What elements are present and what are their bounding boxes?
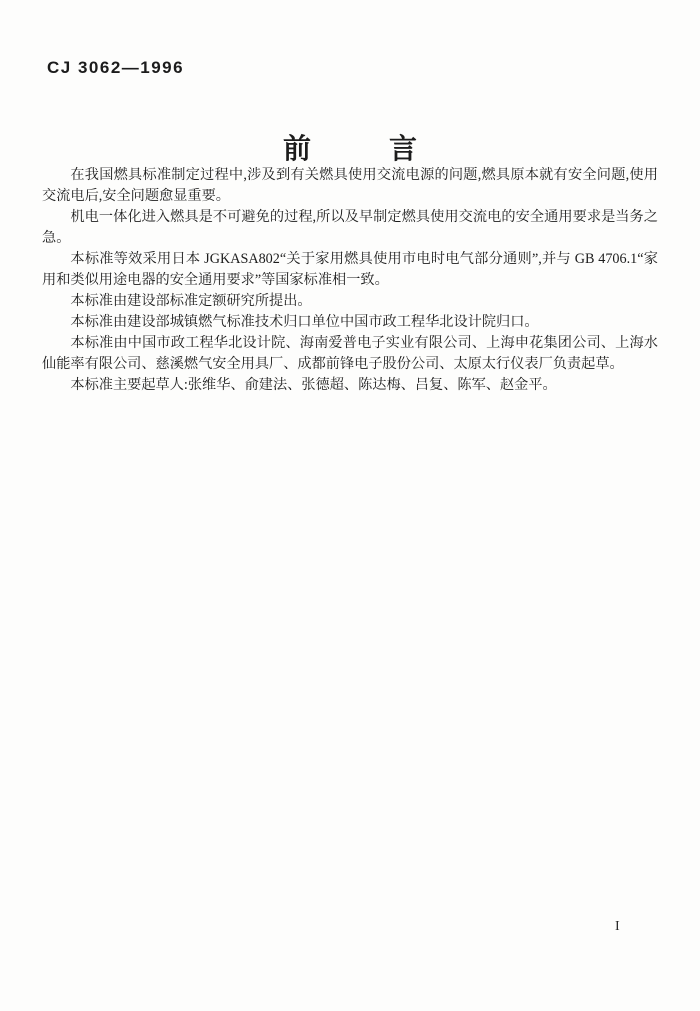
page-title: 前言 (0, 127, 700, 167)
standard-number: CJ 3062—1996 (47, 58, 184, 78)
scanned-document-page: CJ 3062—1996 前言 在我国燃具标准制定过程中,涉及到有关燃具使用交流… (0, 0, 700, 1011)
foreword-paragraph: 机电一体化进入燃具是不可避免的过程,所以及早制定燃具使用交流电的安全通用要求是当… (42, 207, 658, 249)
foreword-paragraph: 本标准由建设部标准定额研究所提出。 (42, 291, 658, 312)
page-number: I (615, 919, 620, 935)
foreword-paragraph: 本标准由建设部城镇燃气标准技术归口单位中国市政工程华北设计院归口。 (42, 312, 658, 333)
foreword-paragraph: 本标准主要起草人:张维华、俞建法、张德超、陈达梅、吕复、陈军、赵金平。 (42, 375, 658, 396)
foreword-body: 在我国燃具标准制定过程中,涉及到有关燃具使用交流电源的问题,燃具原本就有安全问题… (42, 165, 658, 396)
foreword-paragraph: 本标准等效采用日本 JGKASA802“关于家用燃具使用市电时电气部分通则”,并… (42, 249, 658, 291)
foreword-paragraph: 在我国燃具标准制定过程中,涉及到有关燃具使用交流电源的问题,燃具原本就有安全问题… (42, 165, 658, 207)
foreword-paragraph: 本标准由中国市政工程华北设计院、海南爱普电子实业有限公司、上海申花集团公司、上海… (42, 333, 658, 375)
